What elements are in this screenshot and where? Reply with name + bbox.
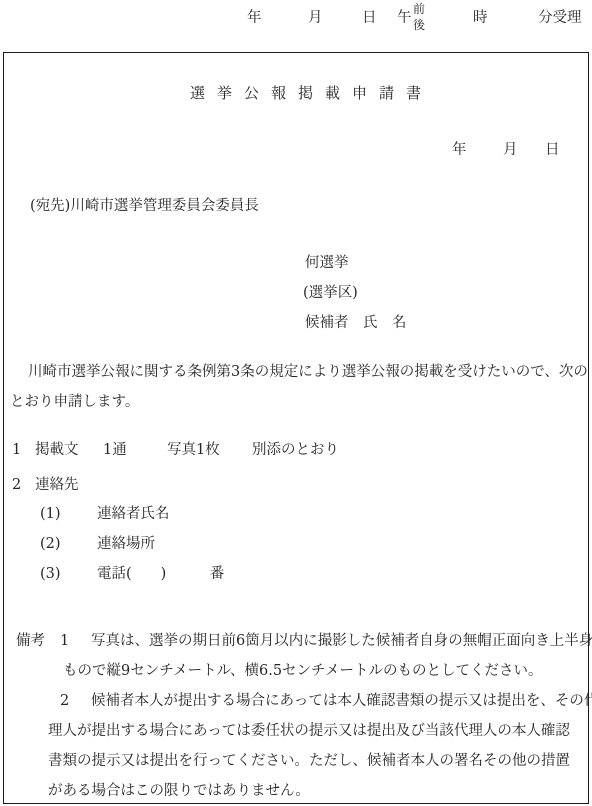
election-district-line: (選挙区): [303, 283, 358, 303]
item1-attachment: 別添のとおり: [252, 440, 339, 460]
date-month-label: 月: [503, 140, 518, 160]
receipt-hour-label: 時: [473, 8, 488, 28]
candidate-name-label: 候補者 氏 名: [305, 313, 407, 333]
receipt-month-label: 月: [308, 8, 323, 28]
item1-number: 1: [12, 440, 21, 460]
item1-photo: 写真1枚: [167, 440, 220, 460]
election-gazette-application-form: 年 月 日 午 前後 時 分受理 選挙公報掲載申請書 年 月 日 (宛先)川崎市…: [0, 0, 592, 806]
receipt-received-label: 分受理: [538, 8, 582, 28]
remarks-note2-number: 2: [60, 691, 69, 711]
receipt-noon-label: 午: [397, 8, 412, 28]
sub-item-3-number: (3): [40, 564, 61, 584]
remarks-note2-line2: 理人が提出する場合にあっては委任状の提示又は提出及び当該代理人の本人確認: [48, 721, 570, 741]
date-year-label: 年: [452, 140, 467, 160]
sub-item-3-label: 電話( ) 番: [97, 564, 224, 584]
remarks-note1-line1: 写真は、選挙の期日前6箇月以内に撮影した候補者自身の無帽正面向き上半身の: [91, 631, 592, 651]
date-day-label: 日: [545, 140, 560, 160]
item2-label: 連絡先: [35, 475, 79, 495]
remarks-note2-line4: がある場合はこの限りではありません。: [48, 781, 310, 801]
item1-copies: 1通: [103, 440, 127, 460]
remarks-heading: 備考: [16, 631, 45, 651]
sub-item-2-number: (2): [40, 534, 61, 554]
receipt-year-label: 年: [247, 8, 262, 28]
receipt-day-label: 日: [362, 8, 377, 28]
remarks-note2-line3: 書類の提示又は提出を行ってください。ただし、候補者本人の署名その他の措置: [48, 751, 570, 771]
addressee-line: (宛先)川崎市選挙管理委員会委員長: [30, 196, 259, 216]
sub-item-1-number: (1): [40, 504, 61, 524]
remarks-note2-line1: 候補者本人が提出する場合にあっては本人確認書類の提示又は提出を、その代: [91, 691, 592, 711]
statement-line-1: 川崎市選挙公報に関する条例第3条の規定により選挙公報の掲載を受けたいので、次の: [28, 362, 588, 382]
receipt-am-pm-stack: 前後: [413, 1, 425, 33]
election-name-line: 何選挙: [305, 253, 349, 273]
sub-item-2-label: 連絡場所: [97, 534, 155, 554]
form-title: 選挙公報掲載申請書: [190, 83, 433, 103]
item2-number: 2: [12, 475, 21, 495]
receipt-am-label: 前: [413, 1, 425, 17]
remarks-note1-number: 1: [60, 631, 69, 651]
item1-label: 掲載文: [35, 440, 79, 460]
sub-item-1-label: 連絡者氏名: [97, 504, 170, 524]
statement-line-2: とおり申請します。: [10, 392, 139, 412]
receipt-pm-label: 後: [413, 17, 425, 33]
remarks-note1-line2: もので縦9センチメートル、横6.5センチメートルのものとしてください。: [63, 661, 542, 681]
